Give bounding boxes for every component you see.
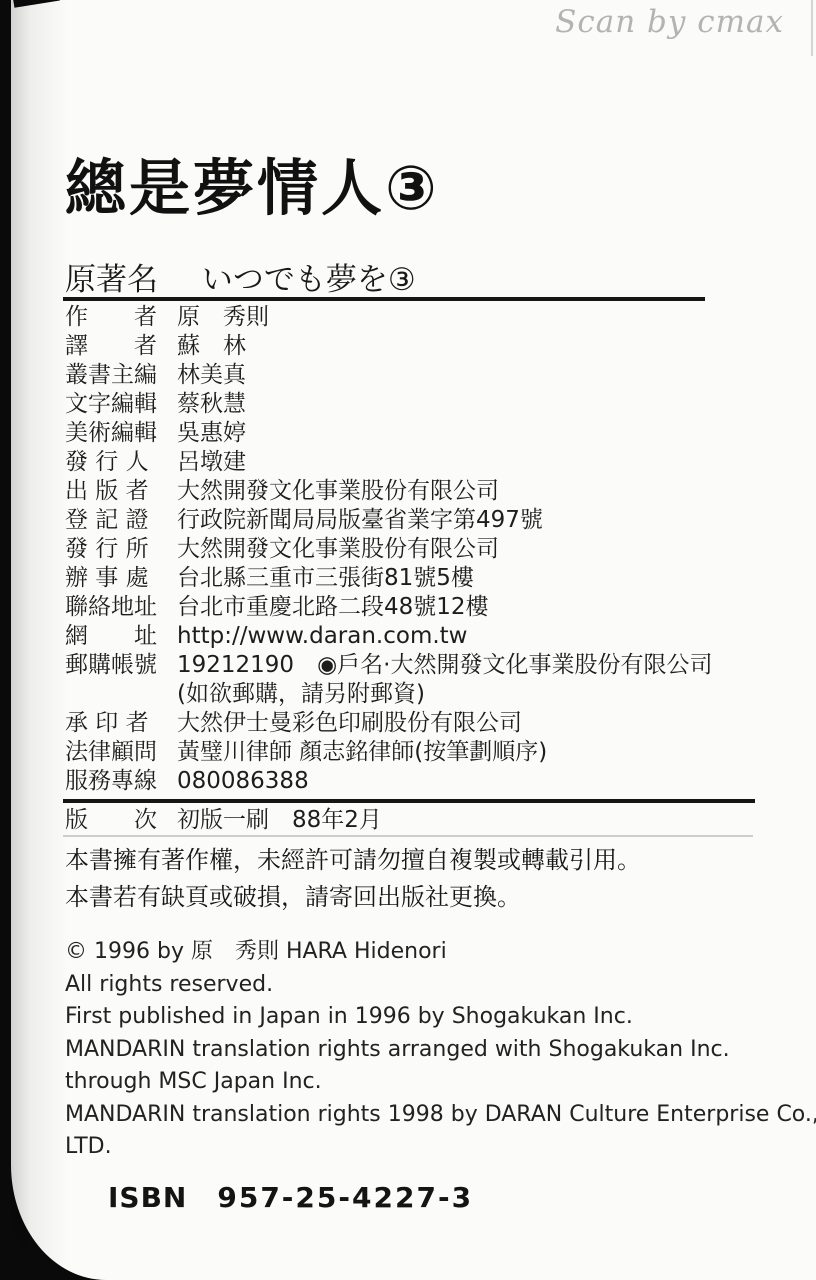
row-value: 黃璧川律師 顏志銘律師(按筆劃順序): [177, 738, 547, 767]
row-label: 法律顧問: [65, 738, 164, 767]
mail-order-note: (如欲郵購，請另附郵資): [177, 680, 425, 709]
isbn-value: 957-25-4227-3: [217, 1181, 473, 1214]
isbn-label: ISBN: [108, 1181, 187, 1214]
table-row: 法律顧問黃璧川律師 顏志銘律師(按筆劃順序): [65, 738, 785, 767]
row-label: 聯絡地址: [65, 593, 164, 622]
row-value: 080086388: [177, 767, 309, 796]
edition-row: 版 次 初版一刷 88年2月: [65, 806, 382, 835]
divider-top: [63, 297, 705, 301]
row-label: 版 次: [65, 806, 164, 835]
english-copyright-block: © 1996 by 原 秀則 HARA Hidenori All rights …: [65, 936, 816, 1164]
website-url: http://www.daran.com.tw: [177, 622, 468, 651]
table-row: 文字編輯蔡秋慧: [65, 390, 785, 419]
original-title-value: いつでも夢を③: [202, 262, 416, 298]
table-row: 發 行 所大然開發文化事業股份有限公司: [65, 535, 785, 564]
row-value: 台北縣三重市三張街81號5樓: [177, 564, 474, 593]
table-row: 登 記 證行政院新聞局局版臺省業字第497號: [65, 506, 785, 535]
row-value: 19212190 ◉戶名·大然開發文化事業股份有限公司: [177, 651, 712, 680]
table-row: 郵購帳號19212190 ◉戶名·大然開發文化事業股份有限公司: [65, 651, 785, 680]
row-label: 辦 事 處: [65, 564, 164, 593]
divider-middle: [63, 799, 755, 803]
table-row: 發 行 人呂墩建: [65, 448, 785, 477]
row-label: 郵購帳號: [65, 651, 164, 680]
table-row: 網 址http://www.daran.com.tw: [65, 622, 785, 651]
table-row: (如欲郵購，請另附郵資): [65, 680, 785, 709]
row-value: 呂墩建: [177, 448, 246, 477]
row-label: 承 印 者: [65, 709, 164, 738]
row-value: 行政院新聞局局版臺省業字第497號: [177, 506, 543, 535]
row-value: 蔡秋慧: [177, 390, 246, 419]
row-label: 美術編輯: [65, 419, 164, 448]
colophon-table: 作 者原 秀則 譯 者蘇 林 叢書主編林美真 文字編輯蔡秋慧 美術編輯吳惠婷 發…: [65, 303, 785, 796]
notice-line: 本書若有缺頁或破損，請寄回出版社更換。: [65, 879, 641, 916]
original-title-row: 原著名 いつでも夢を③: [65, 254, 416, 299]
row-label: 發 行 人: [65, 448, 164, 477]
table-row: 美術編輯吳惠婷: [65, 419, 785, 448]
row-value: 大然開發文化事業股份有限公司: [177, 477, 499, 506]
copyright-line: MANDARIN translation rights arranged wit…: [65, 1034, 816, 1067]
row-label: 網 址: [65, 622, 164, 651]
scan-edge-artifact: [11, 0, 60, 8]
copyright-line: All rights reserved.: [65, 969, 816, 1002]
notice-line: 本書擁有著作權，未經許可請勿擅自複製或轉載引用。: [65, 842, 641, 879]
copyright-line: through MSC Japan Inc.: [65, 1066, 816, 1099]
copyright-line: First published in Japan in 1996 by Shog…: [65, 1001, 816, 1034]
row-label: 叢書主編: [65, 361, 164, 390]
table-row: 服務專線080086388: [65, 767, 785, 796]
row-value: 吳惠婷: [177, 419, 246, 448]
row-label: 服務專線: [65, 767, 164, 796]
table-row: 辦 事 處台北縣三重市三張街81號5樓: [65, 564, 785, 593]
scan-edge-line: [811, 0, 813, 56]
table-row: 叢書主編林美真: [65, 361, 785, 390]
page-title: 總是夢情人③: [65, 140, 440, 227]
row-label: 發 行 所: [65, 535, 164, 564]
row-label: 登 記 證: [65, 506, 164, 535]
isbn-row: ISBN957-25-4227-3: [65, 1148, 473, 1247]
original-title-label: 原著名: [65, 262, 158, 298]
table-row: 出 版 者大然開發文化事業股份有限公司: [65, 477, 785, 506]
table-row: 譯 者蘇 林: [65, 332, 785, 361]
row-value: 蘇 林: [177, 332, 246, 361]
table-row: 作 者原 秀則: [65, 303, 785, 332]
row-label: 作 者: [65, 303, 164, 332]
copyright-line: MANDARIN translation rights 1998 by DARA…: [65, 1099, 816, 1132]
row-value: 林美真: [177, 361, 246, 390]
scanner-watermark: Scan by cmax: [555, 4, 784, 40]
row-value: 大然伊士曼彩色印刷股份有限公司: [177, 709, 522, 738]
table-row: 聯絡地址台北市重慶北路二段48號12樓: [65, 593, 785, 622]
row-value: 原 秀則: [177, 303, 269, 332]
divider-faint: [63, 835, 753, 837]
row-value: 初版一刷 88年2月: [177, 806, 382, 835]
row-value: 大然開發文化事業股份有限公司: [177, 535, 499, 564]
copyright-line: © 1996 by 原 秀則 HARA Hidenori: [65, 936, 816, 969]
row-label: 譯 者: [65, 332, 164, 361]
row-value: 台北市重慶北路二段48號12樓: [177, 593, 489, 622]
row-label: 出 版 者: [65, 477, 164, 506]
scanned-page: Scan by cmax 總是夢情人③ 原著名 いつでも夢を③ 作 者原 秀則 …: [11, 0, 816, 1280]
table-row: 承 印 者大然伊士曼彩色印刷股份有限公司: [65, 709, 785, 738]
row-label: 文字編輯: [65, 390, 164, 419]
copyright-notices: 本書擁有著作權，未經許可請勿擅自複製或轉載引用。 本書若有缺頁或破損，請寄回出版…: [65, 842, 641, 916]
